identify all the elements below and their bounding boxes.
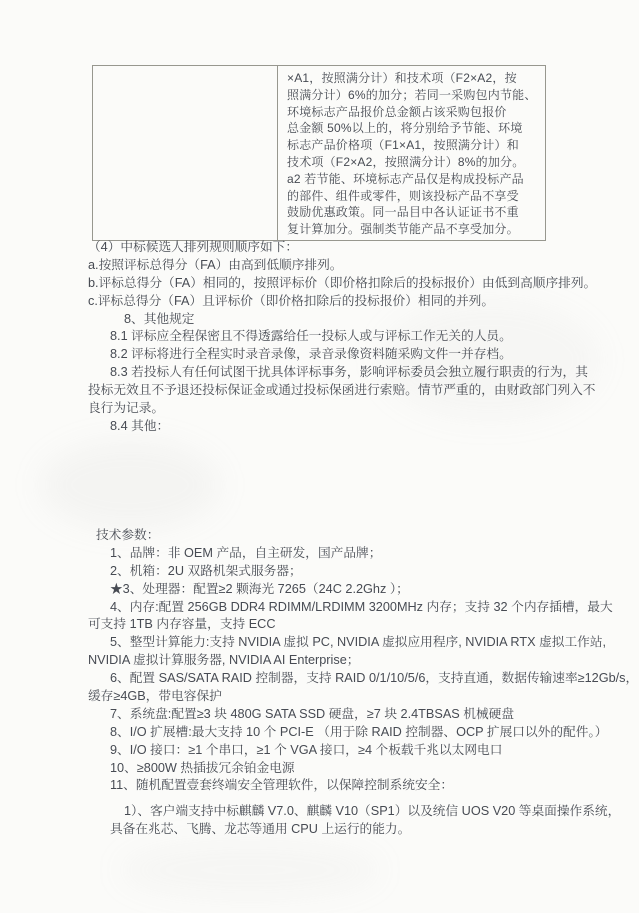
text-line: 8.2 评标将进行全程实时录音录像，录音录像资料随采购文件一并存档。	[88, 346, 633, 364]
text-line: （4）中标候选人排列规则顺序如下：	[88, 239, 633, 257]
text-line: 4、内存:配置 256GB DDR4 RDIMM/LRDIMM 3200MHz …	[88, 599, 633, 617]
text-line: 复计算加分。强制类节能产品不享受加分。	[287, 221, 539, 238]
table-cell-criteria-text: ×A1，按照满分计）和技术项（F2×A2，按 照满分计）6%的加分；若同一采购包…	[278, 66, 545, 240]
text-line: 2、机箱：2U 双路机架式服务器；	[88, 563, 633, 581]
text-line: 具备在兆芯、飞腾、龙芯等通用 CPU 上运行的能力。	[88, 821, 633, 839]
text-line: 鼓励优惠政策。同一品目中各认证证书不重	[287, 204, 539, 221]
text-line: 5、整型计算能力:支持 NVIDIA 虚拟 PC, NVIDIA 虚拟应用程序,…	[88, 634, 633, 652]
text-line: 8、I/O 扩展槽:最大支持 10 个 PCI-E （用于除 RAID 控制器、…	[88, 724, 633, 742]
text-line: ★3、处理器：配置≥2 颗海光 7265（24C 2.2Ghz ）；	[88, 581, 633, 599]
text-line: 8.4 其他：	[88, 418, 633, 436]
text-line: 1）、客户端支持中标麒麟 V7.0、麒麟 V10（SP1）以及统信 UOS V2…	[88, 803, 633, 821]
document-page: ×A1，按照满分计）和技术项（F2×A2，按 照满分计）6%的加分；若同一采购包…	[0, 0, 639, 913]
table-cell-empty	[93, 66, 278, 240]
text-line: 的部件、组件或零件，则该投标产品不享受	[287, 188, 539, 205]
text-line: 良行为记录。	[88, 400, 633, 418]
text-line: a2 若节能、环境标志产品仅是构成投标产品	[287, 171, 539, 188]
ranking-rules-section: （4）中标候选人排列规则顺序如下： a.按照评标总得分（FA）由高到低顺序排列。…	[88, 239, 633, 436]
text-line: 11、随机配置壹套终端安全管理软件，以保障控制系统安全：	[88, 777, 633, 795]
scan-noise	[40, 440, 220, 530]
text-line: 技术项（F2×A2，按照满分计）8%的加分。	[287, 154, 539, 171]
text-line: c.评标总得分（FA）且评标价（即价格扣除后的投标报价）相同的并列。	[88, 293, 633, 311]
text-line: 可支持 1TB 内存容量，支持 ECC	[88, 616, 633, 634]
text-line: ×A1，按照满分计）和技术项（F2×A2，按	[287, 70, 539, 87]
text-line: 8、其他规定	[88, 311, 633, 329]
text-line: 8.1 评标应全程保密且不得透露给任一投标人或与评标工作无关的人员。	[88, 328, 633, 346]
text-line: 10、≥800W 热插拔冗余铂金电源	[88, 760, 633, 778]
text-line: 投标无效且不予退还投标保证金或通过投标保函进行索赔。情节严重的，由财政部门列入不	[88, 382, 633, 400]
text-line: 环境标志产品报价总金额占该采购包报价	[287, 104, 539, 121]
scan-noise	[120, 840, 380, 900]
text-line: 7、系统盘:配置≥3 块 480G SATA SSD 硬盘，≥7 块 2.4TB…	[88, 706, 633, 724]
technical-parameters-section: 技术参数： 1、品牌：非 OEM 产品，自主研发，国产品牌； 2、机箱：2U 双…	[88, 527, 633, 839]
text-line: 照满分计）6%的加分；若同一采购包内节能、	[287, 87, 539, 104]
text-line: 6、配置 SAS/SATA RAID 控制器，支持 RAID 0/1/10/5/…	[88, 670, 633, 688]
text-line: NVIDIA 虚拟计算服务器, NVIDIA AI Enterprise；	[88, 652, 633, 670]
text-line: a.按照评标总得分（FA）由高到低顺序排列。	[88, 257, 633, 275]
text-line: 8.3 若投标人有任何试图干扰具体评标事务，影响评标委员会独立履行职责的行为，其	[88, 364, 633, 382]
text-line: b.评标总得分（FA）相同的，按照评标价（即价格扣除后的投标报价）由低到高顺序排…	[88, 275, 633, 293]
text-line: 1、品牌：非 OEM 产品，自主研发，国产品牌；	[88, 545, 633, 563]
text-line: 9、I/O 接口：≥1 个串口，≥1 个 VGA 接口，≥4 个板载千兆以太网电…	[88, 742, 633, 760]
text-line: 总金额 50%以上的，将分别给予节能、环境	[287, 120, 539, 137]
section-title: 技术参数：	[88, 527, 633, 545]
text-line: 缓存≥4GB，带电容保护	[88, 688, 633, 706]
text-line: 标志产品价格项（F1×A1，按照满分计）和	[287, 137, 539, 154]
evaluation-table: ×A1，按照满分计）和技术项（F2×A2，按 照满分计）6%的加分；若同一采购包…	[92, 65, 546, 241]
